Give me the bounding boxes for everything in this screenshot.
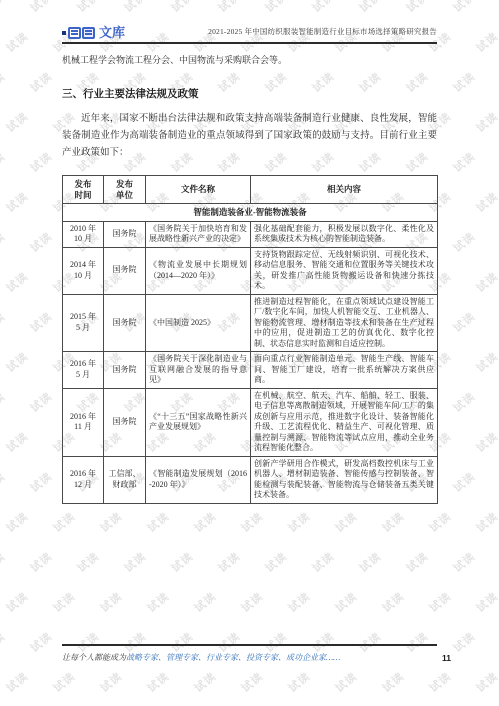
watermark-text: 试读 — [285, 508, 314, 536]
watermark-text: 试读 — [450, 68, 479, 96]
section-heading: 三、行业主要法律法规及政策 — [62, 86, 437, 101]
watermark-text: 试读 — [27, 388, 56, 416]
watermark-text: 试读 — [285, 668, 314, 696]
watermark-text: 试读 — [191, 508, 220, 536]
watermark-text: 试读 — [3, 188, 32, 216]
watermark-text: 试读 — [27, 228, 56, 256]
watermark-text: 试读 — [309, 548, 338, 576]
watermark-text: 试读 — [285, 588, 314, 616]
table-group-row: 智能制造装备业-智能物流装备 — [63, 204, 438, 222]
table-row: 2016 年 5 月国务院《国务院关于深化制造业与互联网融合发展的指导意见》面向… — [63, 352, 438, 389]
cell-time: 2016 年 11 月 — [63, 388, 104, 456]
document-page: 试读试读试读试读试读试读试读试读试读试读试读试读试读试读试读试读试读试读试读试读… — [0, 0, 499, 706]
watermark-text: 试读 — [3, 508, 32, 536]
watermark-text: 试读 — [50, 588, 79, 616]
cell-doc: 《国务院关于加快培育和发展战略性新兴产业的决定》 — [146, 221, 251, 247]
logo-box-icon — [68, 27, 81, 39]
cell-time: 2010 年 10 月 — [63, 221, 104, 247]
cell-content: 推进制造过程智能化，在重点领域试点建设智能工厂/数字化车间，加快人机智能交互、工… — [251, 294, 438, 352]
col-header-publish-unit: 发布 单位 — [104, 176, 146, 204]
watermark-text: 试读 — [238, 508, 267, 536]
watermark-text: 试读 — [144, 508, 173, 536]
logo[interactable]: 文库 — [62, 26, 125, 39]
cell-unit: 工信部、财政部 — [104, 456, 146, 503]
watermark-text: 试读 — [97, 668, 126, 696]
watermark-text: 试读 — [473, 188, 499, 216]
watermark-text: 试读 — [144, 588, 173, 616]
cell-content: 面向重点行业智能制造单元、智能生产线、智能车间、智能工厂建设，培育一批系统解决方… — [251, 352, 438, 389]
watermark-text: 试读 — [0, 228, 8, 256]
watermark-text: 试读 — [332, 588, 361, 616]
cell-doc: 《“十三五”国家战略性新兴产业发展规划》 — [146, 388, 251, 456]
watermark-text: 试读 — [50, 508, 79, 536]
watermark-text: 试读 — [473, 28, 499, 56]
table-row: 2014 年 10 月国务院《物流业发展中长期规划（2014—2020 年）》支… — [63, 247, 438, 294]
footer-slogan-highlight: 战略专家、管理专家、行业专家、投资专家、成功企业家…… — [126, 653, 340, 662]
watermark-text: 试读 — [473, 348, 499, 376]
section-paragraph: 近年来，国家不断出台法律法规和政策支持高端装备制造行业健康、良性发展，智能装备制… — [62, 111, 437, 162]
watermark-text: 试读 — [74, 548, 103, 576]
logo-box-icon — [82, 27, 95, 39]
watermark-text: 试读 — [473, 668, 499, 696]
watermark-text: 试读 — [426, 668, 455, 696]
report-title: 2021-2025 年中国纺织服装智能制造行业目标市场选择策略研究报告 — [208, 26, 437, 39]
watermark-text: 试读 — [356, 548, 385, 576]
table-row: 2016 年 11 月国务院《“十三五”国家战略性新兴产业发展规划》在机械、航空… — [63, 388, 438, 456]
col-header-related-content: 相关内容 — [251, 176, 438, 204]
footer-slogan: 让每个人都能成为战略专家、管理专家、行业专家、投资专家、成功企业家…… — [62, 653, 340, 663]
page-footer: 让每个人都能成为战略专家、管理专家、行业专家、投资专家、成功企业家…… 11 — [62, 644, 451, 663]
watermark-text: 试读 — [0, 628, 8, 656]
watermark-text: 试读 — [27, 68, 56, 96]
watermark-text: 试读 — [238, 588, 267, 616]
watermark-text: 试读 — [0, 68, 8, 96]
cell-time: 2016 年 12 月 — [63, 456, 104, 503]
page-content: 文库 2021-2025 年中国纺织服装智能制造行业目标市场选择策略研究报告 机… — [62, 0, 437, 504]
page-number: 11 — [442, 653, 451, 663]
cell-content: 强化基础配套能力，积极发展以数字化、柔性化及系统集成技术为核心的智能制造装备。 — [251, 221, 438, 247]
watermark-text: 试读 — [0, 0, 8, 16]
logo-text: 文库 — [99, 26, 125, 39]
watermark-text: 试读 — [473, 268, 499, 296]
watermark-text: 试读 — [215, 548, 244, 576]
watermark-text: 试读 — [473, 108, 499, 136]
watermark-text: 试读 — [27, 0, 56, 16]
watermark-text: 试读 — [144, 668, 173, 696]
watermark-text: 试读 — [3, 28, 32, 56]
watermark-text: 试读 — [0, 308, 8, 336]
watermark-text: 试读 — [0, 468, 8, 496]
cell-content: 支持货物跟踪定位、无线射频识别、可视化技术、移动信息服务、智能交通和位置服务等关… — [251, 247, 438, 294]
watermark-text: 试读 — [3, 588, 32, 616]
watermark-text: 试读 — [332, 508, 361, 536]
watermark-text: 试读 — [450, 228, 479, 256]
table-row: 2016 年 12 月工信部、财政部《智能制造发展规划（2016-2020 年）… — [63, 456, 438, 503]
cell-doc: 《智能制造发展规划（2016-2020 年）》 — [146, 456, 251, 503]
watermark-text: 试读 — [473, 588, 499, 616]
watermark-text: 试读 — [379, 508, 408, 536]
watermark-text: 试读 — [97, 508, 126, 536]
watermark-text: 试读 — [27, 628, 56, 656]
footer-rule — [62, 644, 437, 646]
page-header: 文库 2021-2025 年中国纺织服装智能制造行业目标市场选择策略研究报告 — [62, 0, 437, 39]
watermark-text: 试读 — [450, 548, 479, 576]
cell-doc: 《国务院关于深化制造业与互联网融合发展的指导意见》 — [146, 352, 251, 389]
cell-doc: 《中国制造 2025》 — [146, 294, 251, 352]
watermark-text: 试读 — [3, 108, 32, 136]
watermark-text: 试读 — [191, 588, 220, 616]
watermark-text: 试读 — [3, 348, 32, 376]
watermark-text: 试读 — [379, 668, 408, 696]
watermark-text: 试读 — [191, 668, 220, 696]
watermark-text: 试读 — [3, 668, 32, 696]
watermark-text: 试读 — [450, 148, 479, 176]
watermark-text: 试读 — [238, 668, 267, 696]
watermark-text: 试读 — [3, 428, 32, 456]
watermark-text: 试读 — [50, 668, 79, 696]
policy-table-body: 2010 年 10 月国务院《国务院关于加快培育和发展战略性新兴产业的决定》强化… — [63, 221, 438, 503]
watermark-text: 试读 — [473, 508, 499, 536]
cell-content: 在机械、航空、航天、汽车、船舶、轻工、服装、电子信息等离散制造领域，开展智能车间… — [251, 388, 438, 456]
watermark-text: 试读 — [426, 508, 455, 536]
watermark-text: 试读 — [168, 548, 197, 576]
table-header-row: 发布 时间 发布 单位 文件名称 相关内容 — [63, 176, 438, 204]
watermark-text: 试读 — [27, 548, 56, 576]
watermark-text: 试读 — [473, 428, 499, 456]
cell-unit: 国务院 — [104, 247, 146, 294]
watermark-text: 试读 — [332, 668, 361, 696]
intro-text: 机械工程学会物流工程分会、中国物流与采购联合会等。 — [62, 54, 437, 66]
cell-time: 2015 年 5 月 — [63, 294, 104, 352]
table-row: 2010 年 10 月国务院《国务院关于加快培育和发展战略性新兴产业的决定》强化… — [63, 221, 438, 247]
col-header-publish-time: 发布 时间 — [63, 176, 104, 204]
table-group-label: 智能制造装备业-智能物流装备 — [63, 204, 438, 222]
cell-unit: 国务院 — [104, 388, 146, 456]
table-row: 2015 年 5 月国务院《中国制造 2025》推进制造过程智能化，在重点领域试… — [63, 294, 438, 352]
cell-time: 2016 年 5 月 — [63, 352, 104, 389]
watermark-text: 试读 — [3, 268, 32, 296]
watermark-text: 试读 — [379, 588, 408, 616]
watermark-text: 试读 — [403, 548, 432, 576]
watermark-text: 试读 — [450, 628, 479, 656]
cell-content: 创新产学研用合作模式，研发高档数控机床与工业机器人、增材制造装备、智能传感与控制… — [251, 456, 438, 503]
cell-unit: 国务院 — [104, 294, 146, 352]
watermark-text: 试读 — [27, 468, 56, 496]
watermark-text: 试读 — [450, 308, 479, 336]
watermark-text: 试读 — [121, 548, 150, 576]
cell-doc: 《物流业发展中长期规划（2014—2020 年）》 — [146, 247, 251, 294]
watermark-text: 试读 — [27, 308, 56, 336]
watermark-text: 试读 — [0, 388, 8, 416]
watermark-text: 试读 — [450, 468, 479, 496]
cell-unit: 国务院 — [104, 221, 146, 247]
col-header-doc-name: 文件名称 — [146, 176, 251, 204]
cell-unit: 国务院 — [104, 352, 146, 389]
watermark-text: 试读 — [450, 0, 479, 16]
header-rule — [62, 42, 437, 44]
watermark-text: 试读 — [426, 588, 455, 616]
watermark-text: 试读 — [262, 548, 291, 576]
footer-slogan-prefix: 让每个人都能成为 — [62, 653, 126, 662]
policy-table: 发布 时间 发布 单位 文件名称 相关内容 智能制造装备业-智能物流装备 201… — [62, 175, 438, 504]
logo-dot-icon — [62, 31, 66, 35]
watermark-text: 试读 — [0, 548, 8, 576]
cell-time: 2014 年 10 月 — [63, 247, 104, 294]
watermark-text: 试读 — [97, 588, 126, 616]
watermark-text: 试读 — [27, 148, 56, 176]
watermark-text: 试读 — [450, 388, 479, 416]
watermark-text: 试读 — [0, 148, 8, 176]
